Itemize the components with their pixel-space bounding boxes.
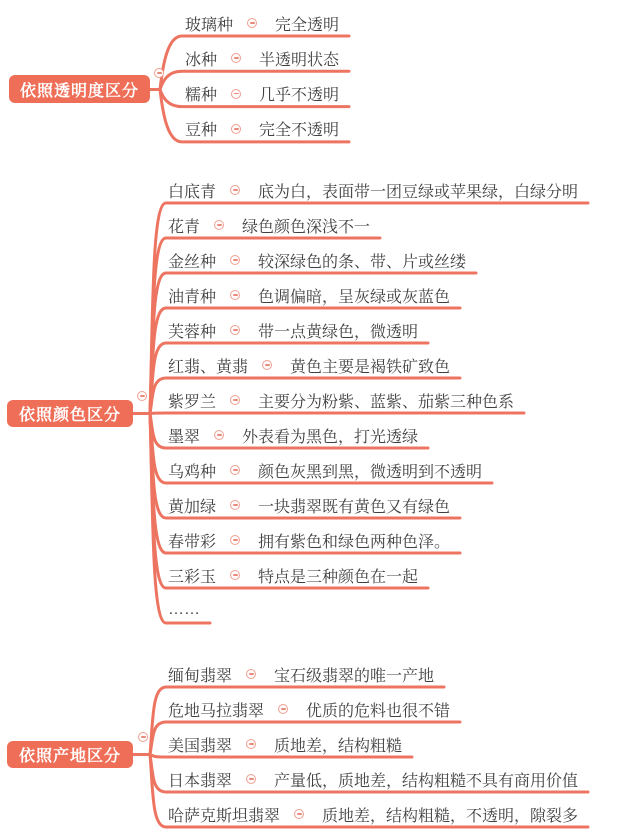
collapse-icon[interactable] [230,500,240,510]
branch-term: 金丝种 [168,249,216,272]
branch-desc: 宝石级翡翠的唯一产地 [274,663,434,686]
branch-node[interactable]: 墨翠 外表看为黑色，打光透绿 [168,424,418,446]
collapse-icon[interactable] [138,732,148,742]
collapse-icon[interactable] [246,774,256,784]
collapse-icon[interactable] [230,325,240,335]
branch-term: …… [168,601,200,619]
branch-node[interactable]: 金丝种 较深绿色的条、带、片或丝缕 [168,249,466,271]
branch-node[interactable]: 三彩玉 特点是三种颜色在一起 [168,564,418,586]
branch-term: 乌鸡种 [168,459,216,482]
branch-desc: 一块翡翠既有黄色又有绿色 [258,494,450,517]
branch-node[interactable]: 冰种 半透明状态 [185,47,339,69]
collapse-icon[interactable] [246,739,256,749]
collapse-icon[interactable] [246,669,256,679]
topic-node-color[interactable]: 依照颜色区分 [7,400,133,427]
branch-node[interactable]: 紫罗兰 主要分为粉紫、蓝紫、茄紫三种色系 [168,389,514,411]
branch-desc: 完全不透明 [259,117,339,140]
collapse-icon[interactable] [231,124,241,134]
branch-term: 芙蓉种 [168,319,216,342]
branch-term: 糯种 [185,82,217,105]
collapse-icon[interactable] [231,89,241,99]
branch-desc: 拥有紫色和绿色两种色泽。 [258,529,450,552]
branch-node[interactable]: 豆种 完全不透明 [185,118,339,140]
branch-desc: 特点是三种颜色在一起 [258,564,418,587]
branch-term: 玻璃种 [185,12,233,35]
branch-node[interactable]: 黄加绿 一块翡翠既有黄色又有绿色 [168,494,450,516]
collapse-icon[interactable] [214,430,224,440]
branch-desc: 黄色主要是褐铁矿致色 [290,354,450,377]
branch-term: 冰种 [185,47,217,70]
branch-term: 春带彩 [168,529,216,552]
collapse-icon[interactable] [262,360,272,370]
branch-node[interactable]: 白底青 底为白，表面带一团豆绿或苹果绿，白绿分明 [168,179,578,201]
collapse-icon[interactable] [154,68,164,78]
collapse-icon[interactable] [278,704,288,714]
branch-desc: 绿色颜色深浅不一 [242,214,370,237]
branch-node[interactable]: …… [168,599,200,621]
branch-node[interactable]: 危地马拉翡翠 优质的危料也很不错 [168,698,450,720]
topic-node-transparency[interactable]: 依照透明度区分 [9,75,150,103]
branch-term: 哈萨克斯坦翡翠 [168,803,280,826]
collapse-icon[interactable] [230,465,240,475]
collapse-icon[interactable] [294,809,304,819]
branch-node[interactable]: 油青种 色调偏暗，呈灰绿或灰蓝色 [168,284,450,306]
collapse-icon[interactable] [230,395,240,405]
branch-desc: 产量低，质地差，结构粗糙不具有商用价值 [274,768,578,791]
branch-term: 三彩玉 [168,564,216,587]
branch-desc: 主要分为粉紫、蓝紫、茄紫三种色系 [258,389,514,412]
branch-desc: 完全透明 [275,12,339,35]
branch-term: 油青种 [168,284,216,307]
branch-desc: 几乎不透明 [259,82,339,105]
branch-desc: 底为白，表面带一团豆绿或苹果绿，白绿分明 [258,179,578,202]
branch-node[interactable]: 红翡、黄翡 黄色主要是褐铁矿致色 [168,354,450,376]
branch-term: 危地马拉翡翠 [168,698,264,721]
branch-desc: 颜色灰黑到黑，微透明到不透明 [258,459,482,482]
branch-node[interactable]: 哈萨克斯坦翡翠 质地差，结构粗糙，不透明，隙裂多 [168,803,578,825]
branch-term: 白底青 [168,179,216,202]
branch-desc: 质地差，结构粗糙 [274,733,402,756]
branch-term: 花青 [168,214,200,237]
collapse-icon[interactable] [230,185,240,195]
branch-desc: 带一点黄绿色，微透明 [258,319,418,342]
branch-node[interactable]: 糯种 几乎不透明 [185,83,339,105]
branch-desc: 色调偏暗，呈灰绿或灰蓝色 [258,284,450,307]
branch-desc: 半透明状态 [259,47,339,70]
branch-desc: 外表看为黑色，打光透绿 [242,424,418,447]
branch-term: 豆种 [185,117,217,140]
collapse-icon[interactable] [137,391,147,401]
branch-term: 美国翡翠 [168,733,232,756]
branch-desc: 质地差，结构粗糙，不透明，隙裂多 [322,803,578,826]
collapse-icon[interactable] [231,53,241,63]
collapse-icon[interactable] [230,290,240,300]
branch-term: 日本翡翠 [168,768,232,791]
branch-desc: 优质的危料也很不错 [306,698,450,721]
branch-node[interactable]: 芙蓉种 带一点黄绿色，微透明 [168,319,418,341]
branch-term: 墨翠 [168,424,200,447]
branch-node[interactable]: 缅甸翡翠 宝石级翡翠的唯一产地 [168,663,434,685]
branch-node[interactable]: 春带彩 拥有紫色和绿色两种色泽。 [168,529,450,551]
branch-desc: 较深绿色的条、带、片或丝缕 [258,249,466,272]
branch-term: 缅甸翡翠 [168,663,232,686]
mindmap-canvas: 依照透明度区分 依照颜色区分 依照产地区分 玻璃种 完全透明 冰种 半透明状态 … [0,0,640,837]
branch-node[interactable]: 美国翡翠 质地差，结构粗糙 [168,733,402,755]
branch-node[interactable]: 日本翡翠 产量低，质地差，结构粗糙不具有商用价值 [168,768,578,790]
branch-node[interactable]: 花青 绿色颜色深浅不一 [168,214,370,236]
topic-node-origin[interactable]: 依照产地区分 [7,741,133,768]
branch-term: 红翡、黄翡 [168,354,248,377]
branch-node[interactable]: 乌鸡种 颜色灰黑到黑，微透明到不透明 [168,459,482,481]
branch-node[interactable]: 玻璃种 完全透明 [185,12,339,34]
collapse-icon[interactable] [230,570,240,580]
collapse-icon[interactable] [247,18,257,28]
collapse-icon[interactable] [214,220,224,230]
collapse-icon[interactable] [230,255,240,265]
branch-term: 黄加绿 [168,494,216,517]
branch-term: 紫罗兰 [168,389,216,412]
collapse-icon[interactable] [230,535,240,545]
